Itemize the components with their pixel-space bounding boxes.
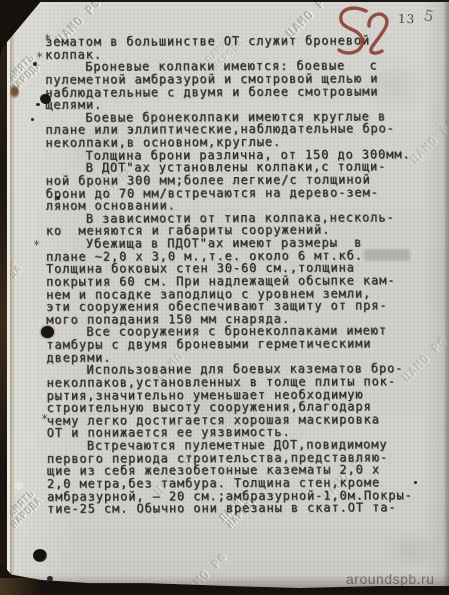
document-scan: ЦАМО РФ ЦАМО РФ ЦАМО РФ ЦАМО РФ ЦАМО РФ … <box>0 0 449 595</box>
paper-speck <box>414 481 417 484</box>
text-line: тие-25 см. Обычно они врезаны в скат.ОТ … <box>47 501 439 515</box>
page-number-ink: 13 <box>398 12 416 27</box>
scan-edge-top <box>0 0 449 2</box>
paper-speck <box>36 103 40 106</box>
margin-asterisk: * <box>44 34 51 44</box>
scan-edge-left <box>0 0 7 595</box>
punch-hole <box>33 549 47 562</box>
margin-asterisk: * <box>33 240 40 250</box>
text-smudge <box>364 249 410 261</box>
paper-speck <box>56 196 60 200</box>
handwritten-red-page-number <box>332 6 396 62</box>
margin-asterisk: * <box>41 414 48 424</box>
corner-brown-streak <box>0 578 42 595</box>
scan-edge-right <box>443 0 449 595</box>
paper-speck <box>31 118 34 121</box>
ink-blot <box>41 326 54 338</box>
text-block: зематом в большинстве ОТ служит броневой… <box>45 34 439 515</box>
margin-asterisk: * <box>36 52 43 62</box>
page-edge-shadow <box>10 0 15 595</box>
